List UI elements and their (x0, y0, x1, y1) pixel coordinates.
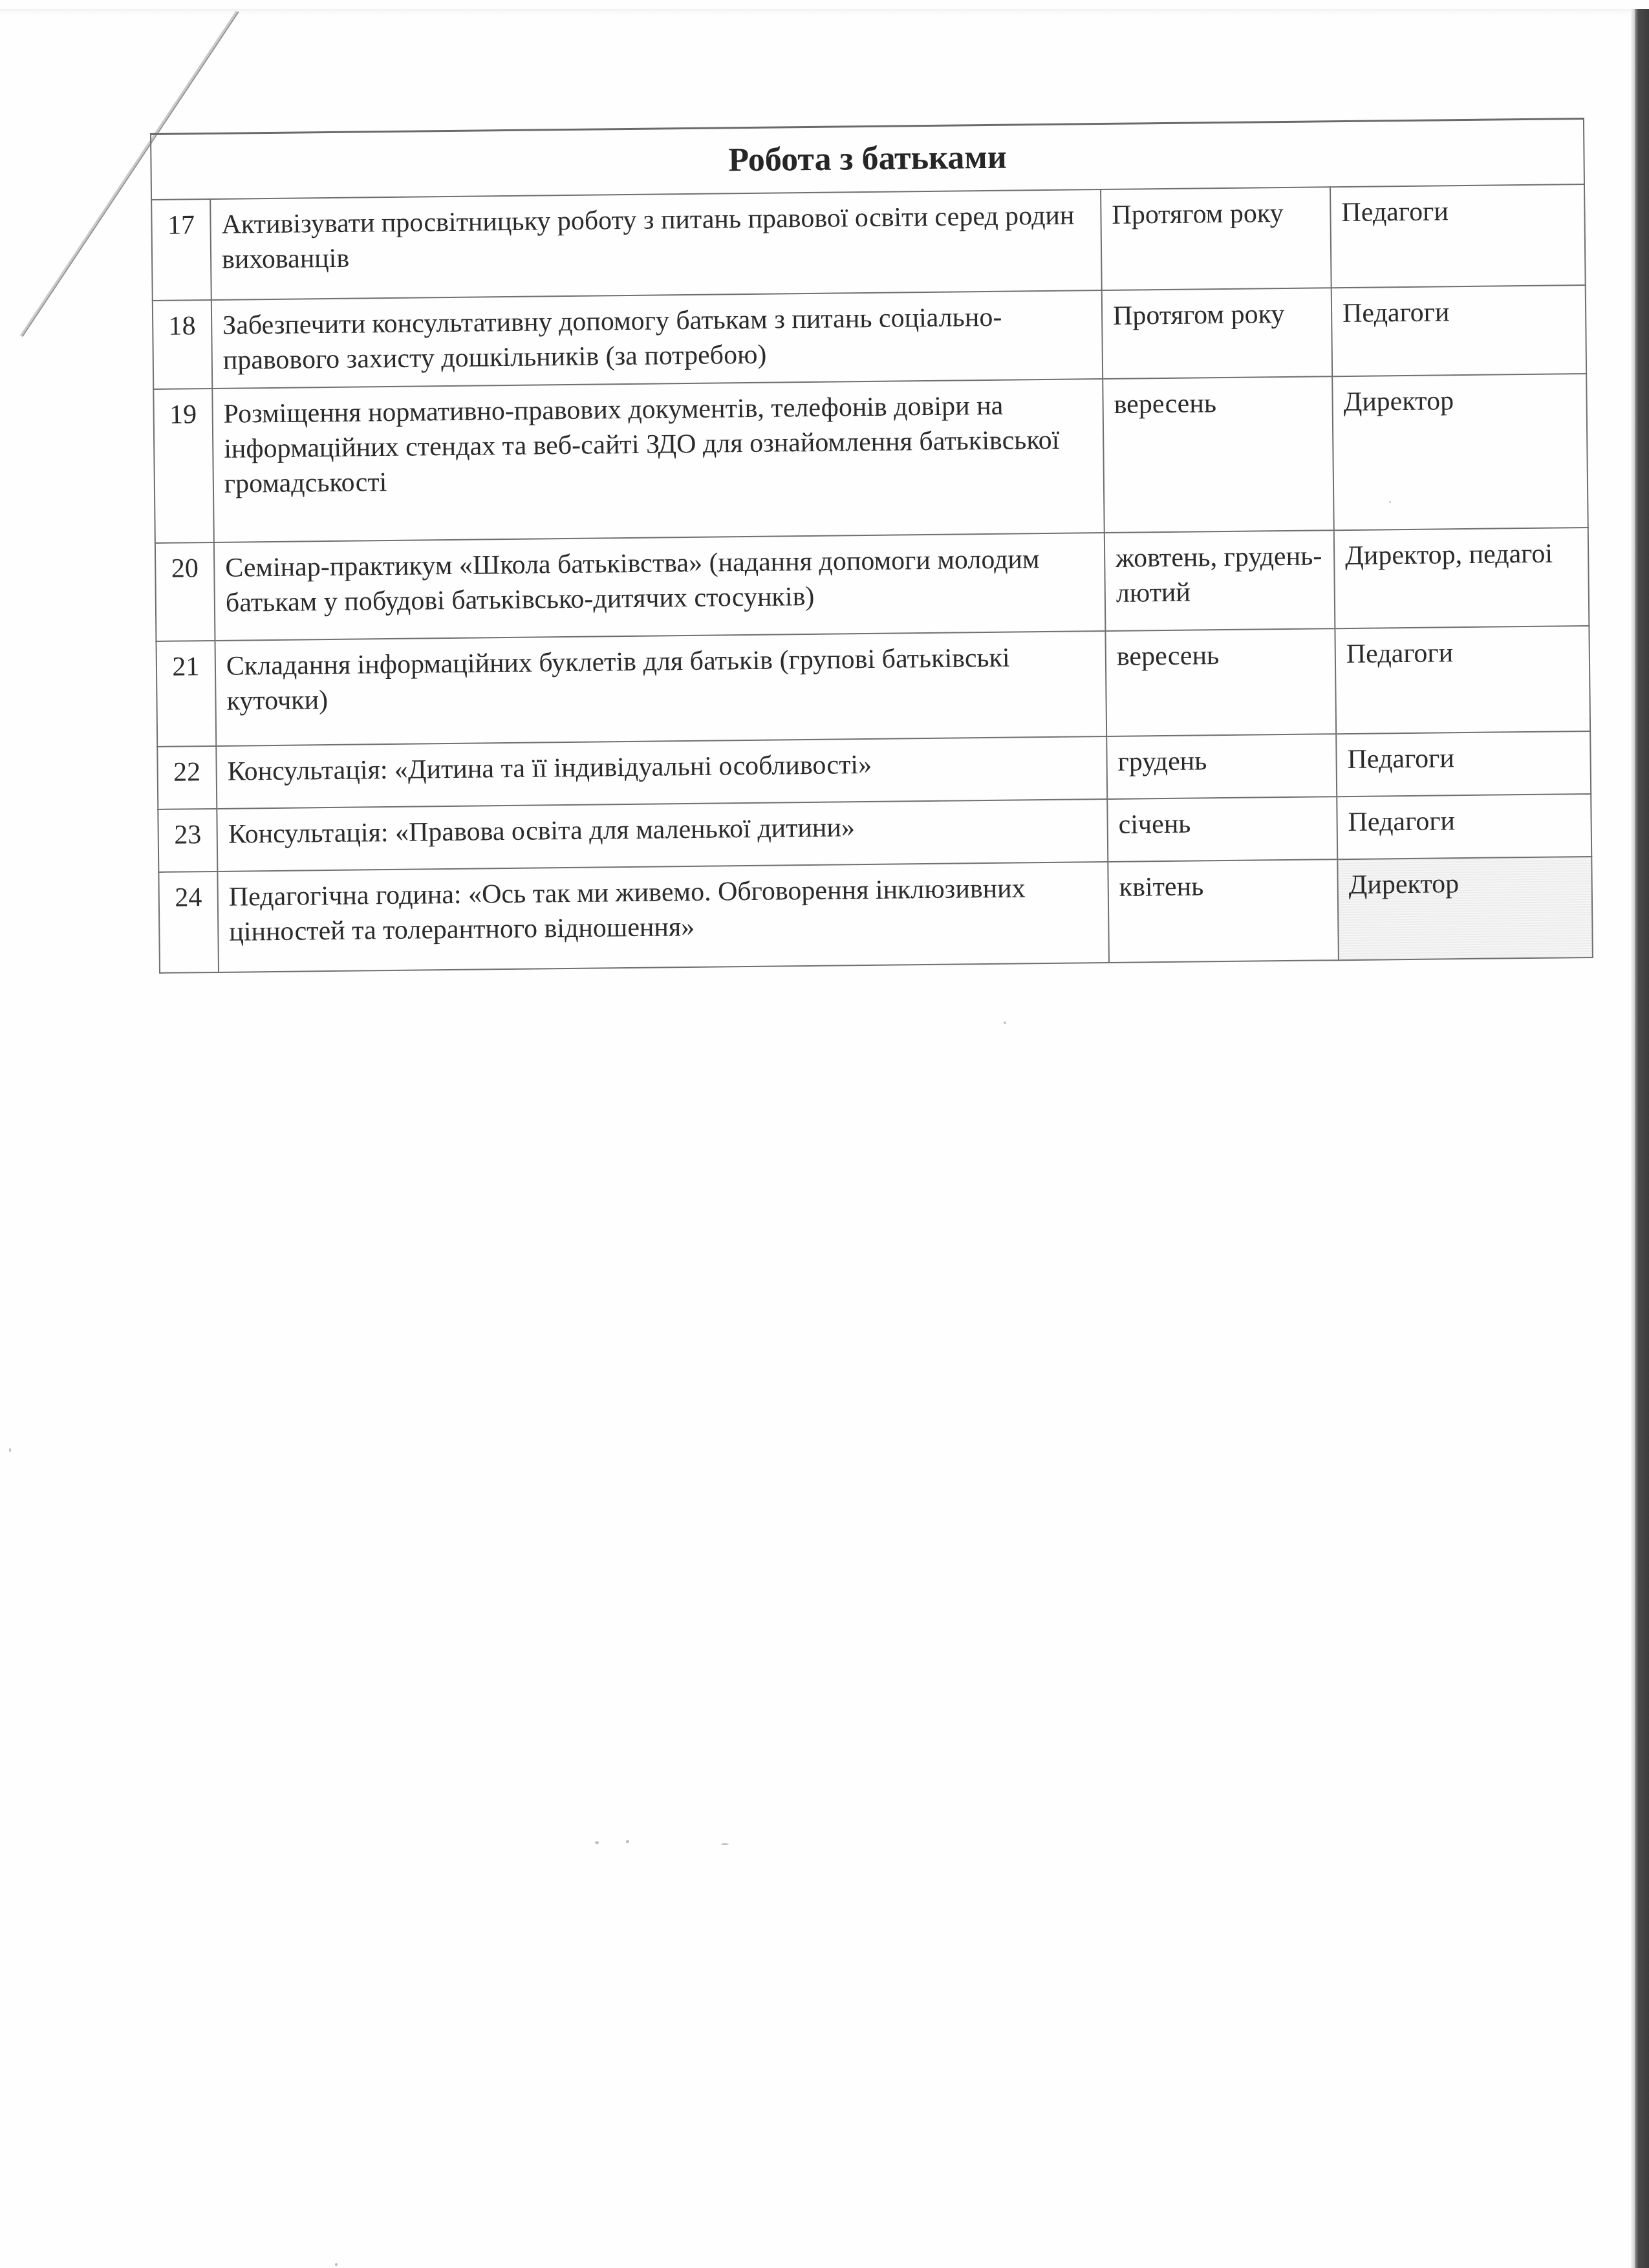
table-row: 19 Розміщення нормативно-правових докуме… (153, 373, 1588, 542)
row-number: 21 (156, 640, 216, 746)
row-responsible: Директор, педагоі (1334, 527, 1590, 628)
parents-work-table: Робота з батьками 17 Активізувати просві… (150, 118, 1592, 973)
row-number: 23 (158, 808, 217, 872)
row-timing: вересень (1103, 376, 1334, 533)
row-timing: Протягом року (1101, 187, 1331, 290)
scan-speck (626, 1840, 629, 1843)
row-description: Забезпечити консультативну допомогу бать… (211, 290, 1103, 389)
scan-speck (1004, 1022, 1006, 1024)
row-timing: Протягом року (1102, 288, 1332, 379)
row-description: Активізувати просвітницьку роботу з пита… (210, 189, 1102, 300)
row-number: 19 (153, 388, 214, 542)
row-responsible: Директор (1337, 856, 1593, 959)
row-responsible: Педагоги (1335, 625, 1590, 733)
row-number: 22 (157, 745, 217, 809)
scan-right-edge (1635, 9, 1649, 2268)
table-row: 20 Семінар-практикум «Школа батьківства»… (155, 527, 1590, 641)
scan-speck (335, 2263, 338, 2266)
row-description: Складання інформаційних буклетів для бат… (215, 631, 1106, 746)
row-number: 20 (155, 542, 215, 641)
row-timing: вересень (1105, 628, 1336, 736)
table-row: 18 Забезпечити консультативну допомогу б… (153, 284, 1586, 389)
row-number: 24 (158, 871, 219, 972)
row-responsible: Директор (1332, 373, 1588, 530)
scan-speck (721, 1843, 729, 1845)
row-responsible: Педагоги (1331, 284, 1587, 376)
table-row: 17 Активізувати просвітницьку роботу з п… (151, 184, 1586, 301)
table-row: 24 Педагогічна година: «Ось так ми живем… (158, 856, 1593, 972)
row-responsible: Педагоги (1337, 793, 1591, 859)
row-description: Педагогічна година: «Ось так ми живемо. … (217, 862, 1109, 972)
row-description: Семінар-практикум «Школа батьківства» (н… (214, 533, 1106, 641)
row-description: Консультація: «Правова освіта для малень… (217, 799, 1108, 872)
row-description: Розміщення нормативно-правових документі… (212, 379, 1104, 542)
scan-speck (9, 1448, 11, 1452)
row-timing: грудень (1106, 734, 1337, 799)
scan-speck (595, 1841, 599, 1844)
row-timing: квітень (1108, 859, 1339, 963)
table-row: 21 Складання інформаційних буклетів для … (156, 625, 1590, 746)
row-responsible: Педагоги (1330, 184, 1586, 288)
row-number: 17 (151, 198, 211, 300)
row-responsible: Педагоги (1336, 731, 1591, 796)
row-timing: жовтень, грудень-лютий (1105, 530, 1335, 631)
row-timing: січень (1107, 797, 1337, 862)
row-number: 18 (153, 299, 212, 389)
row-description: Консультація: «Дитина та її індивідуальн… (216, 736, 1107, 809)
